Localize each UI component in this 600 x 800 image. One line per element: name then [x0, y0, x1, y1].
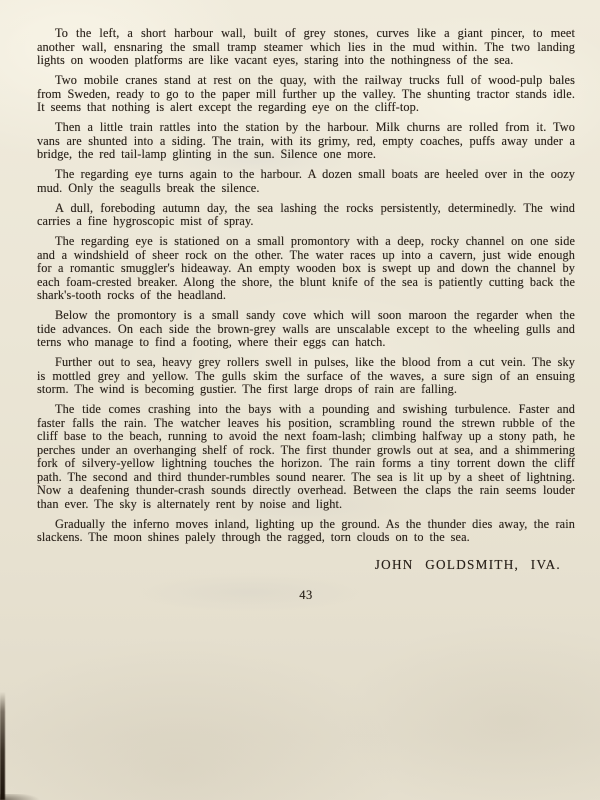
page-edge-shadow — [0, 692, 5, 800]
page-number: 43 — [37, 588, 575, 603]
author-signature: JOHN GOLDSMITH, IVA. — [37, 557, 575, 573]
paragraph: The regarding eye turns again to the har… — [37, 168, 575, 195]
story-text: To the left, a short harbour wall, built… — [37, 27, 575, 603]
paragraph: The tide comes crashing into the bays wi… — [37, 403, 575, 511]
scanned-page: To the left, a short harbour wall, built… — [0, 0, 600, 800]
paragraph: The regarding eye is stationed on a smal… — [37, 235, 575, 303]
paragraph: To the left, a short harbour wall, built… — [37, 27, 575, 68]
paragraph: Further out to sea, heavy grey rollers s… — [37, 356, 575, 397]
paragraph: Two mobile cranes stand at rest on the q… — [37, 74, 575, 115]
paragraph: Then a little train rattles into the sta… — [37, 121, 575, 162]
paragraph: A dull, foreboding autumn day, the sea l… — [37, 202, 575, 229]
paragraph: Gradually the inferno moves inland, ligh… — [37, 518, 575, 545]
page-corner-shadow — [0, 794, 40, 800]
paragraph: Below the promontory is a small sandy co… — [37, 309, 575, 350]
